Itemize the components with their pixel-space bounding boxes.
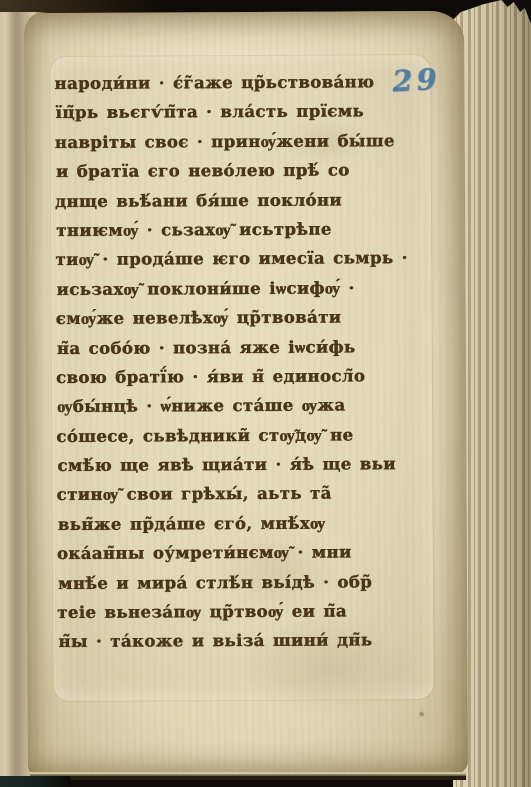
bottom-page-edges [30,772,466,780]
manuscript-line: смѣ́ю ще явѣ щиа́ти · я́ѣ ще вьи [57,449,455,480]
manuscript-line: народи́ни · є́г̃аже цр̃ьствова́ню [54,67,452,98]
manuscript-line: н̃а собо́ю · позна́ яже іѡси́фь [57,331,455,362]
manuscript-line: тниѥмѹ́ · сьзахѹ̃ исьтрѣпе [56,214,454,245]
manuscript-line: н̃ы · та́коже и вьіза́ шини́ дн̃ь [58,625,456,656]
manuscript-line: свою братї́ю · я́ви н̃ единосл̃о [56,361,454,392]
manuscript-line: и братїа єго нево́лею прѣ́ со [56,155,454,186]
manuscript-line: стинѹ̃ свои грѣхы́, аьть та̃ [56,478,454,509]
manuscript-line: їц̃рь вьєгѵ́п̃та · вла́сть прїємь [55,96,453,127]
manuscript-line: исьзахѹ̃ поклони́ше іѡсифѹ́ · [56,273,454,304]
manuscript-line: ока́ан̃ны оу́мрети́нємѹ̃ · мни [57,537,455,568]
manuscript-line: ємѹ́же невелѣхѹ́ цр̃твова́ти [56,302,454,333]
manuscript-page: 29 народи́ни · є́г̃аже цр̃ьствова́ню їц̃… [24,11,468,775]
manuscript-line: мнѣ́е и мира́ стлѣ́н вьі́дѣ · обр̃ [58,567,456,598]
manuscript-line: навріты своє · принѹ́жени бы́ше [55,126,453,157]
bottom-cover-accent [0,776,70,787]
manuscript-line: со́шесе, сьвѣдники̃ стѹ̃дѹ̃ не [56,420,454,451]
manuscript-line: ѹбы́нцѣ · ѡ́ниже ста́ше ѹжа [57,390,455,421]
manuscript-photo: 29 народи́ни · є́г̃аже цр̃ьствова́ню їц̃… [0,0,531,787]
manuscript-line: теіе вьнеза́пѹ цр̃твоѹ́ еи п̃а [57,596,455,627]
manuscript-line: тиѹ̃ · прода́ше ѥго имесїа сьмрь · [55,243,453,274]
manuscript-line: вьн̃же пр̃да́ше єго́, мнѣ́хѹ [58,508,456,539]
manuscript-line: днще вьѣ́ани бя́ше покло́ни [55,184,453,215]
manuscript-text-block: народи́ни · є́г̃аже цр̃ьствова́ню їц̃рь … [54,67,455,657]
